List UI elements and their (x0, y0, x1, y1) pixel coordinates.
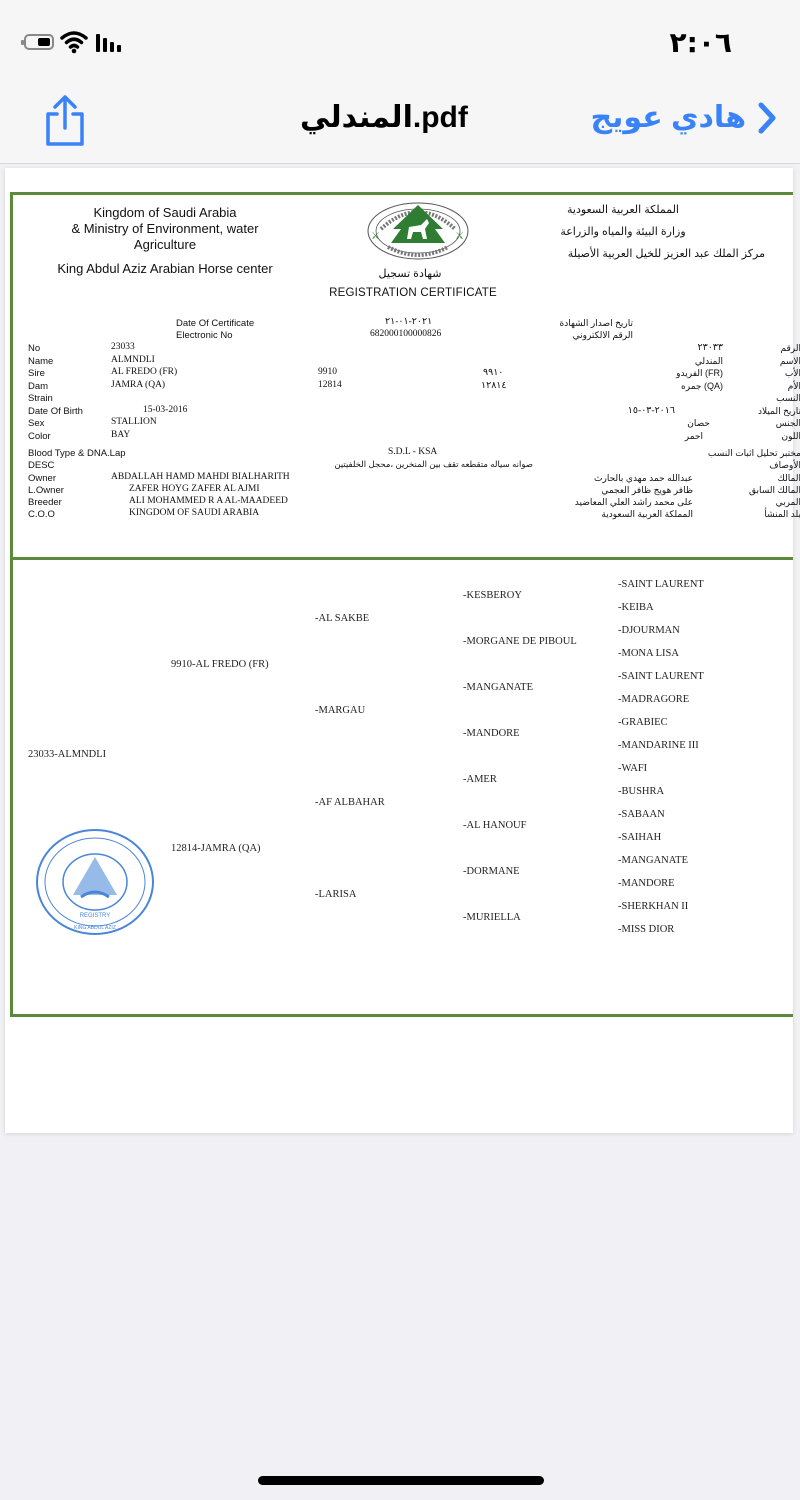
date-of-certificate-label: Date Of Certificate (176, 318, 254, 329)
header-ar-line: وزارة البيئة والمياه والزراعة (473, 225, 773, 238)
pedigree-entry: -BUSHRA (618, 786, 664, 797)
pedigree-entry: -MONA LISA (618, 648, 679, 659)
no-value: 23033 (111, 342, 135, 352)
coo-value: KINGDOM OF SAUDI ARABIA (129, 508, 259, 518)
blood-type-label: Blood Type & DNA.Lap (28, 448, 126, 459)
signal-icon (96, 32, 126, 52)
pedigree-entry: -MANDORE (618, 878, 675, 889)
navigation-bar: المندلي.pdf هادي عويج (0, 80, 800, 164)
back-button[interactable]: هادي عويج (591, 100, 778, 135)
breeder-label-ar: المربي (776, 497, 800, 508)
sire-value-ar: (FR) الفريدو (676, 368, 723, 379)
wifi-icon (60, 28, 88, 56)
date-of-certificate-value: ٢٠٢١-٠١-٢١ (385, 316, 432, 327)
pedigree-entry: -DJOURMAN (618, 625, 680, 636)
header-en-line: King Abdul Aziz Arabian Horse center (35, 261, 295, 277)
electronic-no-label-ar: الرقم الالكتروني (573, 330, 633, 341)
electronic-no-label: Electronic No (176, 330, 233, 341)
pedigree-entry: -KESBEROY (463, 590, 522, 601)
back-button-label: هادي عويج (591, 100, 746, 135)
header-en-line: & Ministry of Environment, water (35, 221, 295, 237)
header-en-line: Agriculture (35, 237, 295, 253)
pedigree-entry: -AMER (463, 774, 497, 785)
pedigree-entry: -MANGANATE (463, 682, 533, 693)
clock: ٢:٠٦ (670, 26, 732, 59)
dob-value-ar: ٢٠١٦-٠٣-١٥ (628, 405, 675, 416)
svg-text:REGISTRY: REGISTRY (80, 913, 111, 919)
breeder-label: Breeder (28, 497, 62, 508)
name-value: ALMNDLI (111, 355, 155, 365)
name-value-ar: المندلي (695, 356, 723, 367)
document-title-text: المندلي.pdf (300, 100, 468, 135)
pedigree-entry: -KEIBA (618, 602, 654, 613)
share-icon[interactable] (40, 94, 90, 148)
breeder-value: ALI MOHAMMED R A AL-MAADEED (129, 496, 288, 506)
header-ar-line: مركز الملك عبد العزيز للخيل العربية الأص… (473, 247, 773, 260)
dam-value: JAMRA (QA) (111, 380, 165, 390)
pedigree-entry: -MURIELLA (463, 912, 521, 923)
pedigree-entry: -GRABIEC (618, 717, 668, 728)
svg-text:⚔: ⚔ (371, 231, 380, 242)
dam-value-ar: (QA) جمره (681, 381, 723, 392)
certificate-title: REGISTRATION CERTIFICATE (313, 287, 513, 299)
blood-type-value: S.D.L - KSA (388, 447, 437, 457)
pedigree-entry: -MISS DIOR (618, 924, 674, 935)
coo-label-ar: بلد المنشأ (764, 509, 800, 520)
svg-text:KING ABDUL AZIZ: KING ABDUL AZIZ (74, 925, 116, 931)
svg-text:⚔: ⚔ (455, 231, 464, 242)
electronic-no-value: 682000100000826 (370, 329, 441, 339)
registry-stamp: REGISTRY KING ABDUL AZIZ (33, 827, 157, 937)
pedigree-entry: -WAFI (618, 763, 647, 774)
pedigree-entry: -SAIHAH (618, 832, 661, 843)
sex-label: Sex (28, 418, 44, 429)
pedigree-entry: -SHERKHAN II (618, 901, 688, 912)
color-label: Color (28, 431, 51, 442)
l-owner-label-ar: المالك السابق (749, 485, 800, 496)
pedigree-entry: 9910-AL FREDO (FR) (171, 659, 269, 670)
arabic-header: المملكة العربية السعودية وزارة البيئة وا… (473, 203, 773, 269)
pedigree-entry: -MANDARINE III (618, 740, 699, 751)
sex-value-ar: حصان (687, 418, 710, 429)
status-bar: ٢:٠٦ (0, 0, 800, 80)
desc-label: DESC (28, 460, 54, 471)
battery-icon (24, 34, 54, 50)
name-label-ar: الاسم (780, 356, 800, 367)
pedigree-entry: -AF ALBAHAR (315, 797, 385, 808)
name-label: Name (28, 356, 53, 367)
pdf-page[interactable]: Kingdom of Saudi Arabia & Ministry of En… (5, 168, 793, 1133)
pedigree-entry: -MANDORE (463, 728, 520, 739)
dam-label-ar: الأم (788, 381, 800, 392)
pedigree-entry: -MADRAGORE (618, 694, 689, 705)
dam-reg-ar: ١٢٨١٤ (481, 380, 507, 391)
l-owner-value: ZAFER HOYG ZAFER AL AJMI (129, 484, 260, 494)
l-owner-value-ar: ظافر هويج ظافر العجمي (601, 485, 693, 496)
pedigree-entry: 23033-ALMNDLI (28, 749, 106, 760)
owner-label-ar: المالك (777, 473, 800, 484)
l-owner-label: L.Owner (28, 485, 64, 496)
blood-type-label-ar: مختبر تحليل اثبات النسب (708, 448, 800, 459)
english-header: Kingdom of Saudi Arabia & Ministry of En… (35, 205, 295, 277)
certificate-title-arabic: شهادة تسجيل (335, 267, 485, 280)
dob-value: 15-03-2016 (143, 405, 187, 415)
coo-label: C.O.O (28, 509, 55, 520)
sex-value: STALLION (111, 417, 157, 427)
certificate-frame: Kingdom of Saudi Arabia & Ministry of En… (10, 192, 793, 1017)
dob-label: Date Of Birth (28, 406, 83, 417)
no-value-ar: ٢٣٠٣٣ (697, 342, 723, 353)
owner-value-ar: عبدالله حمد مهدي بالحارث (594, 473, 693, 484)
date-of-certificate-label-ar: تاريخ اصدار الشهادة (559, 318, 633, 329)
pedigree-entry: -LARISA (315, 889, 356, 900)
sex-label-ar: الجنس (776, 418, 800, 429)
ministry-logo: ⚔ ⚔ (363, 199, 473, 267)
pedigree-entry: -SABAAN (618, 809, 665, 820)
sire-reg-ar: ٩٩١٠ (483, 367, 503, 378)
pedigree-entry: 12814-JAMRA (QA) (171, 843, 261, 854)
pedigree-entry: -AL SAKBE (315, 613, 369, 624)
owner-label: Owner (28, 473, 56, 484)
pedigree-entry: -MORGANE DE PIBOUL (463, 636, 577, 647)
sire-value: AL FREDO (FR) (111, 367, 177, 377)
color-label-ar: اللون (782, 431, 800, 442)
strain-label: Strain (28, 393, 53, 404)
sire-reg: 9910 (318, 367, 337, 377)
desc-label-ar: الأوصاف (769, 460, 800, 471)
dob-label-ar: تاريخ الميلاد (758, 406, 800, 417)
owner-value: ABDALLAH HAMD MAHDI BIALHARITH (111, 472, 290, 482)
breeder-value-ar: على محمد راشد العلي المعاضيد (575, 497, 693, 508)
pedigree-entry: -AL HANOUF (463, 820, 526, 831)
dam-label: Dam (28, 381, 48, 392)
pedigree-entry: -MARGAU (315, 705, 365, 716)
strain-label-ar: النسب (776, 393, 800, 404)
sire-label-ar: الأب (785, 368, 800, 379)
home-indicator[interactable] (258, 1476, 544, 1485)
no-label-ar: الرقم (780, 343, 800, 354)
section-divider (13, 557, 793, 560)
sire-label: Sire (28, 368, 45, 379)
no-label: No (28, 343, 40, 354)
pedigree-entry: -MANGANATE (618, 855, 688, 866)
coo-value-ar: المملكة العربية السعودية (601, 509, 693, 520)
pedigree-entry: -DORMANE (463, 866, 520, 877)
color-value: BAY (111, 430, 130, 440)
dam-reg: 12814 (318, 380, 342, 390)
pedigree-entry: -SAINT LAURENT (618, 671, 704, 682)
desc-value: صوانه سياله متقطعه تقف بين المنخرين ،محج… (334, 459, 533, 470)
chevron-right-icon (756, 101, 778, 135)
pedigree-entry: -SAINT LAURENT (618, 579, 704, 590)
color-value-ar: احمر (685, 431, 703, 442)
header-en-line: Kingdom of Saudi Arabia (35, 205, 295, 221)
header-ar-line: المملكة العربية السعودية (473, 203, 773, 216)
